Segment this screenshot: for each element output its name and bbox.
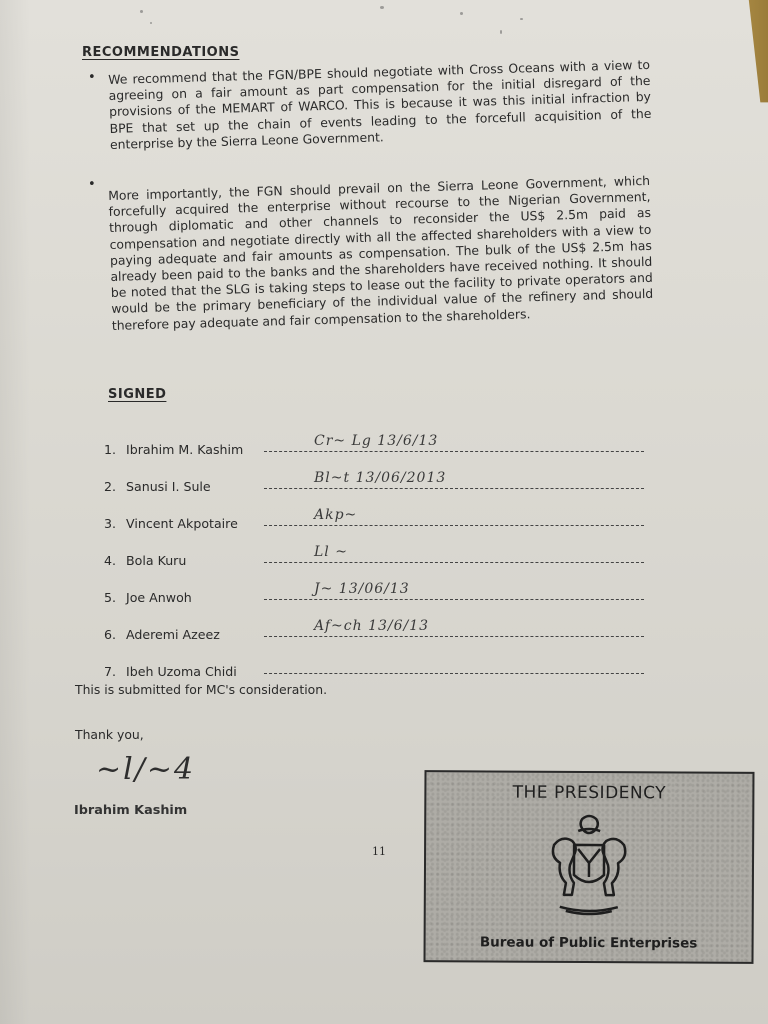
signatory-row: 2. Sanusi I. Sule Bl~t 13/06/2013 <box>104 457 644 494</box>
signatory-number: 6. <box>104 627 126 642</box>
recommendation-paragraph: We recommend that the FGN/BPE should neg… <box>108 57 652 153</box>
stamp-subtitle: Bureau of Public Enterprises <box>426 934 752 952</box>
signed-heading: SIGNED <box>108 387 166 402</box>
signatory-number: 7. <box>104 664 126 679</box>
signatory-name: Aderemi Azeez <box>126 627 262 642</box>
signatory-name: Bola Kuru <box>126 553 262 568</box>
signature-line <box>264 599 644 600</box>
signatory-number: 3. <box>104 516 126 531</box>
official-stamp: THE PRESIDENCY Bureau of Public Enterpri… <box>423 770 754 964</box>
signatory-name: Sanusi I. Sule <box>126 479 262 494</box>
signatory-number: 2. <box>104 479 126 494</box>
toner-speck <box>140 10 143 13</box>
signature-line <box>264 673 644 674</box>
toner-speck <box>520 18 523 20</box>
recommendations-heading: RECOMMENDATIONS <box>82 45 239 60</box>
signature-line <box>264 488 644 489</box>
signatory-number: 1. <box>104 442 126 457</box>
signatory-number: 4. <box>104 553 126 568</box>
stamp-title: THE PRESIDENCY <box>426 782 752 804</box>
toner-speck <box>380 6 384 9</box>
bullet-icon: • <box>88 71 96 84</box>
coat-of-arms-icon <box>534 811 645 922</box>
document-content: RECOMMENDATIONS • We recommend that the … <box>0 0 768 1024</box>
toner-speck <box>150 22 152 24</box>
signatory-row: 7. Ibeh Uzoma Chidi <box>104 642 644 679</box>
submission-note: This is submitted for MC's consideration… <box>75 682 327 697</box>
signatory-row: 1. Ibrahim M. Kashim Cr~ Lg 13/6/13 <box>104 420 644 457</box>
signatory-row: 5. Joe Anwoh J~ 13/06/13 <box>104 568 644 605</box>
toner-speck <box>460 12 463 15</box>
handwritten-signature: J~ 13/06/13 <box>314 581 410 597</box>
signatory-list: 1. Ibrahim M. Kashim Cr~ Lg 13/6/13 2. S… <box>104 420 644 679</box>
signature-line <box>264 525 644 526</box>
signatory-name: Joe Anwoh <box>126 590 262 605</box>
signatory-row: 3. Vincent Akpotaire Akp~ <box>104 494 644 531</box>
signatory-name: Vincent Akpotaire <box>126 516 262 531</box>
author-name: Ibrahim Kashim <box>74 803 187 818</box>
bullet-icon: • <box>88 178 96 191</box>
signatory-row: 6. Aderemi Azeez Af~ch 13/6/13 <box>104 605 644 642</box>
handwritten-signature: Akp~ <box>314 507 357 523</box>
handwritten-signature: Bl~t 13/06/2013 <box>314 470 446 486</box>
recommendation-paragraph: More importantly, the FGN should prevail… <box>108 173 654 334</box>
page-number: 11 <box>372 845 386 858</box>
handwritten-signature: Af~ch 13/6/13 <box>314 618 429 634</box>
signature-line <box>264 562 644 563</box>
handwritten-signature: Ll ~ <box>314 544 348 560</box>
closing-thanks: Thank you, <box>75 727 144 742</box>
signatory-name: Ibeh Uzoma Chidi <box>126 664 262 679</box>
author-signature: ~l/~4 <box>96 752 195 787</box>
toner-speck <box>500 30 502 34</box>
handwritten-signature: Cr~ Lg 13/6/13 <box>314 433 438 449</box>
signature-line <box>264 451 644 452</box>
signatory-row: 4. Bola Kuru Ll ~ <box>104 531 644 568</box>
signature-line <box>264 636 644 637</box>
signatory-number: 5. <box>104 590 126 605</box>
signatory-name: Ibrahim M. Kashim <box>126 442 262 457</box>
